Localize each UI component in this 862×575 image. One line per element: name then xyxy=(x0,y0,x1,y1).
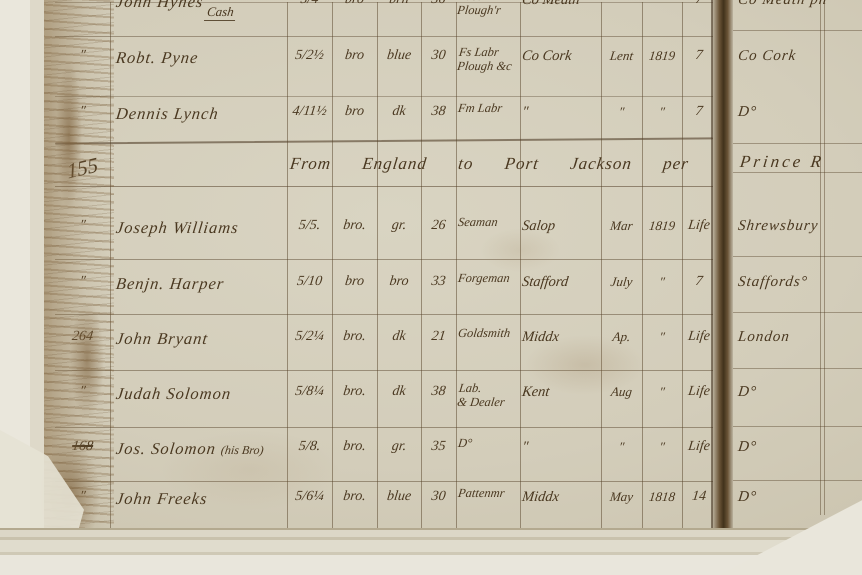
cell-eyes: gr. xyxy=(376,439,422,455)
cell-age: 33 xyxy=(420,274,457,290)
stacked-page-edges xyxy=(0,528,862,575)
cell-arrival-place: Shrewsbury xyxy=(737,218,859,235)
cell-native-place: " xyxy=(521,104,602,121)
cell-name: Jos. Solomon (his Bro) xyxy=(115,439,287,459)
cell-name: Judah Solomon xyxy=(115,384,287,404)
cell-age: 38 xyxy=(420,104,457,120)
cell-month: " xyxy=(600,104,643,120)
cell-hair: bro. xyxy=(331,329,378,345)
cell-trade: Fm Labr xyxy=(457,102,521,116)
cell-name: John Bryant xyxy=(115,329,287,349)
cell-native-place: Co Meath xyxy=(521,0,602,9)
cell-name: John Freeks xyxy=(115,489,287,509)
cell-name-note: Cash xyxy=(204,4,237,21)
cell-native-place: Co Cork xyxy=(521,48,602,65)
cell-height: 5/5. xyxy=(286,218,333,234)
cell-hair: bro xyxy=(331,274,378,290)
cell-hair: bro. xyxy=(331,489,378,505)
cell-name: Joseph Williams xyxy=(115,218,287,238)
cell-age: 35 xyxy=(420,439,457,455)
cell-name: Dennis Lynch xyxy=(115,104,287,124)
cell-month: May xyxy=(600,489,643,505)
cell-native-place: " xyxy=(521,439,602,456)
cell-native-place: Middx xyxy=(521,329,602,346)
cell-age: 38 xyxy=(420,384,457,400)
cell-name: Robt. Pyne xyxy=(115,48,287,68)
cell-arrival-place: London xyxy=(737,329,859,346)
cell-trade: Pattenmr xyxy=(457,487,521,501)
cell-eyes: dk xyxy=(376,104,422,120)
cell-native-place: Kent xyxy=(521,384,602,401)
cell-native-place: Middx xyxy=(521,489,602,506)
cell-age: 26 xyxy=(420,218,457,234)
cell-arrival-place: Co Cork xyxy=(737,48,859,65)
cell-trade: Seaman xyxy=(457,216,521,230)
cell-arrival-place: D° xyxy=(737,489,859,506)
cell-height: 5/6¼ xyxy=(286,489,333,505)
cell-height: 5/4 xyxy=(286,0,333,8)
cell-name-note: (his Bro) xyxy=(220,443,264,457)
cell-height: 4/11½ xyxy=(286,104,333,120)
cell-hair: bro xyxy=(331,48,378,64)
cell-age: 30 xyxy=(420,489,457,505)
cell-year: " xyxy=(641,329,683,345)
cell-trade: Forgeman xyxy=(457,272,521,286)
ledger-photo: " John Hynes Cash 5/4 bro brn 36 Lab.Plo… xyxy=(0,0,862,575)
cell-year: 1818 xyxy=(641,489,683,505)
cell-arrival-place: Staffords° xyxy=(737,274,859,291)
cell-trade: Lab.Plough'r xyxy=(456,0,521,18)
cell-arrival-place: Co Meath ph xyxy=(737,0,859,9)
cell-height: 5/8¼ xyxy=(286,384,333,400)
cell-year: " xyxy=(641,274,683,290)
cell-trade: Lab.& Dealer xyxy=(456,382,521,410)
cell-age: 21 xyxy=(420,329,457,345)
cell-month: " xyxy=(600,439,643,455)
cell-age: 30 xyxy=(420,48,457,64)
cell-height: 5/2¼ xyxy=(286,329,333,345)
cell-year: " xyxy=(641,104,683,120)
cell-year: 1819 xyxy=(641,218,683,234)
cell-eyes: dk xyxy=(376,384,422,400)
cell-month: " xyxy=(600,0,643,8)
cell-arrival-place: D° xyxy=(737,384,859,401)
cell-hair: bro. xyxy=(331,439,378,455)
cell-month: Mar xyxy=(600,218,643,234)
cell-hair: bro xyxy=(331,104,378,120)
binding-fiber xyxy=(70,300,104,420)
cell-month: Aug xyxy=(600,384,643,400)
cell-eyes: dk xyxy=(376,329,422,345)
cell-year: " xyxy=(641,439,683,455)
cell-height: 5/2½ xyxy=(286,48,333,64)
cell-eyes: gr. xyxy=(376,218,422,234)
cell-year: " xyxy=(641,384,683,400)
cell-trade: D° xyxy=(457,437,521,451)
cell-trade: Fs LabrPlough &c xyxy=(456,46,521,74)
cell-month: Lent xyxy=(600,48,643,64)
binding-fiber xyxy=(56,60,82,210)
page-gutter-shadow xyxy=(712,0,733,542)
cell-eyes: bro xyxy=(376,274,422,290)
cell-month: July xyxy=(600,274,643,290)
cell-height: 5/10 xyxy=(286,274,333,290)
cell-age: 36 xyxy=(420,0,457,8)
cell-hair: bro xyxy=(331,0,378,8)
cell-name: John Hynes xyxy=(115,0,287,12)
cell-height: 5/8. xyxy=(286,439,333,455)
cell-trade: Goldsmith xyxy=(457,327,521,341)
cell-eyes: brn xyxy=(376,0,422,8)
cell-hair: bro. xyxy=(331,384,378,400)
cell-arrival-place: D° xyxy=(737,439,859,456)
section-route-title: From England to Port Jackson per xyxy=(289,154,721,174)
cell-name: Benjn. Harper xyxy=(115,274,287,294)
cell-native-place: Stafford xyxy=(521,274,602,291)
cell-year: " xyxy=(641,0,683,8)
section-ship-name: Prince R xyxy=(739,152,862,172)
cell-arrival-place: D° xyxy=(737,104,859,121)
cell-native-place: Salop xyxy=(521,218,602,235)
cell-eyes: blue xyxy=(376,489,422,505)
cell-hair: bro. xyxy=(331,218,378,234)
cell-month: Ap. xyxy=(600,329,643,345)
cell-year: 1819 xyxy=(641,48,683,64)
cell-eyes: blue xyxy=(376,48,422,64)
